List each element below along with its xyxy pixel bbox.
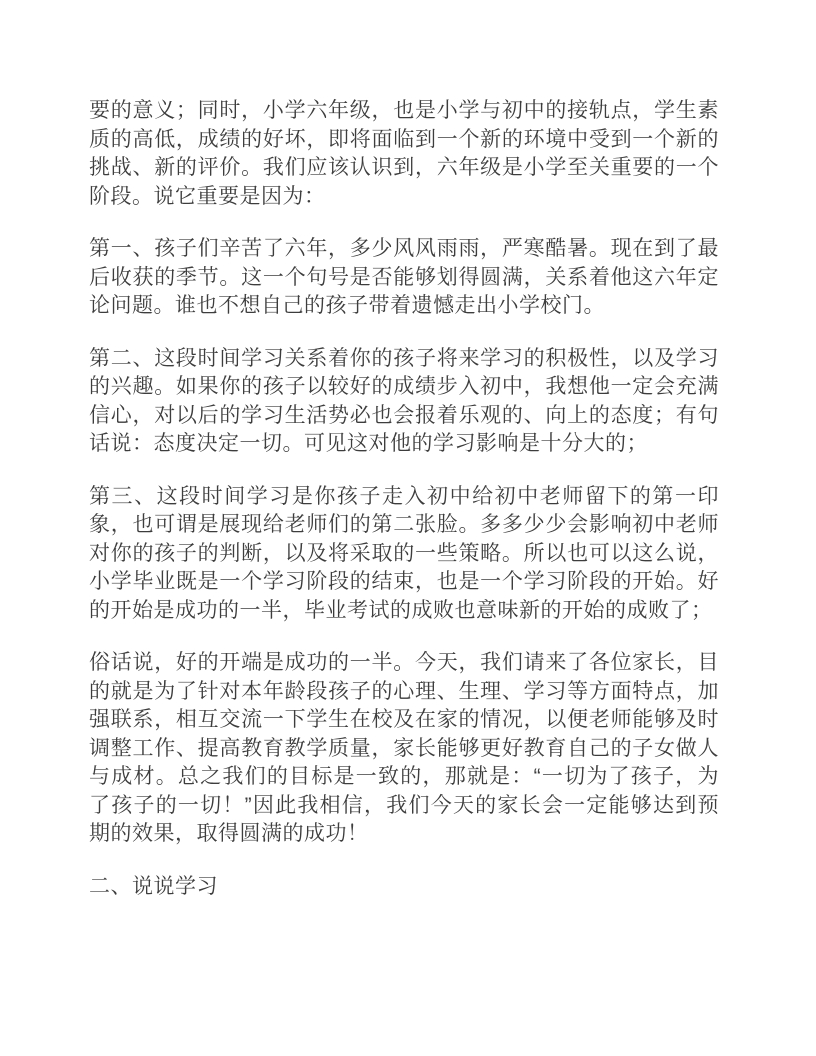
section-heading-two: 二、说说学习	[89, 873, 719, 902]
paragraph-summary: 俗话说，好的开端是成功的一半。今天，我们请来了各位家长，目的就是为了针对本年龄段…	[89, 649, 719, 849]
paragraph-point-2: 第二、这段时间学习关系着你的孩子将来学习的积极性，以及学习的兴趣。如果你的孩子以…	[89, 345, 719, 459]
paragraph-point-1: 第一、孩子们辛苦了六年，多少风风雨雨，严寒酷暑。现在到了最后收获的季节。这一个句…	[89, 235, 719, 321]
document-page: 要的意义；同时，小学六年级，也是小学与初中的接轨点，学生素质的高低，成绩的好坏，…	[0, 0, 816, 1056]
paragraph-body-1: 要的意义；同时，小学六年级，也是小学与初中的接轨点，学生素质的高低，成绩的好坏，…	[89, 97, 719, 211]
paragraph-point-3: 第三、这段时间学习是你孩子走入初中给初中老师留下的第一印象，也可谓是展现给老师们…	[89, 483, 719, 626]
